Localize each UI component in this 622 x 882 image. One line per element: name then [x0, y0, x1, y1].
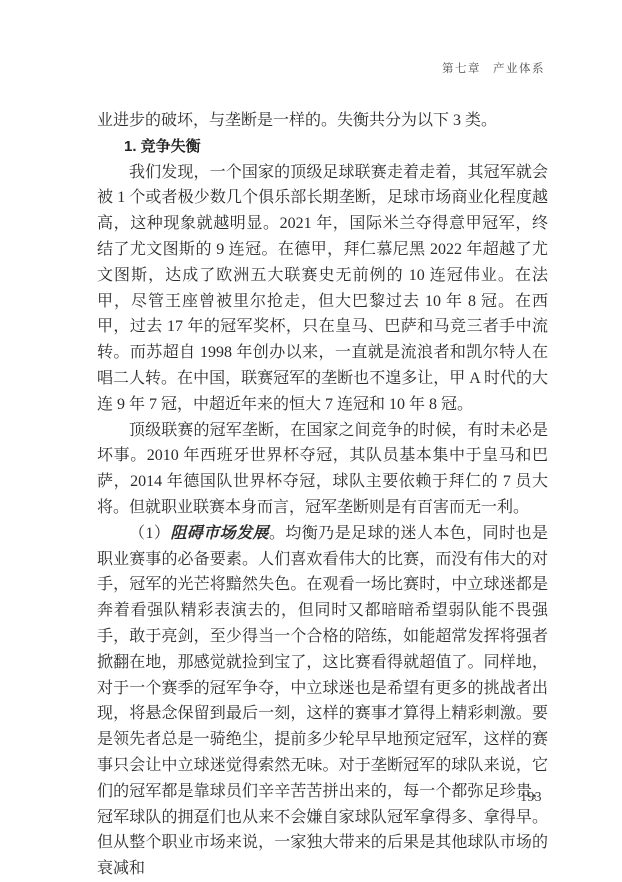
- running-header: 第七章产业体系: [442, 60, 545, 76]
- paragraph: （1）阻碍市场发展。均衡乃是足球的迷人本色，同时也是职业赛事的必备要素。人们喜欢…: [97, 521, 548, 833]
- list-item-label: 阻碍市场发展: [170, 525, 269, 542]
- page-body: 业进步的破坏，与垄断是一样的。失衡共分为以下 3 类。 1. 竞争失衡 我们发现…: [97, 108, 548, 833]
- running-header-chapter: 第七章: [442, 63, 481, 75]
- section-heading: 1. 竞争失衡: [97, 134, 548, 160]
- running-header-title: 产业体系: [493, 63, 545, 75]
- paragraph-continuation: 业进步的破坏，与垄断是一样的。失衡共分为以下 3 类。: [97, 108, 548, 134]
- paragraph: 顶级联赛的冠军垄断，在国家之间竞争的时候，有时未必是坏事。2010 年西班牙世界…: [97, 418, 548, 521]
- page-number: 193: [520, 789, 542, 805]
- paragraph-text: 。均衡乃是足球的迷人本色，同时也是职业赛事的必备要素。人们喜欢看伟大的比赛，而没…: [97, 525, 548, 833]
- list-item-number: （1）: [129, 525, 170, 542]
- book-page: 第七章产业体系 业进步的破坏，与垄断是一样的。失衡共分为以下 3 类。 1. 竞…: [0, 0, 622, 833]
- paragraph: 我们发现，一个国家的顶级足球联赛走着走着，其冠军就会被 1 个或者极少数几个俱乐…: [97, 160, 548, 418]
